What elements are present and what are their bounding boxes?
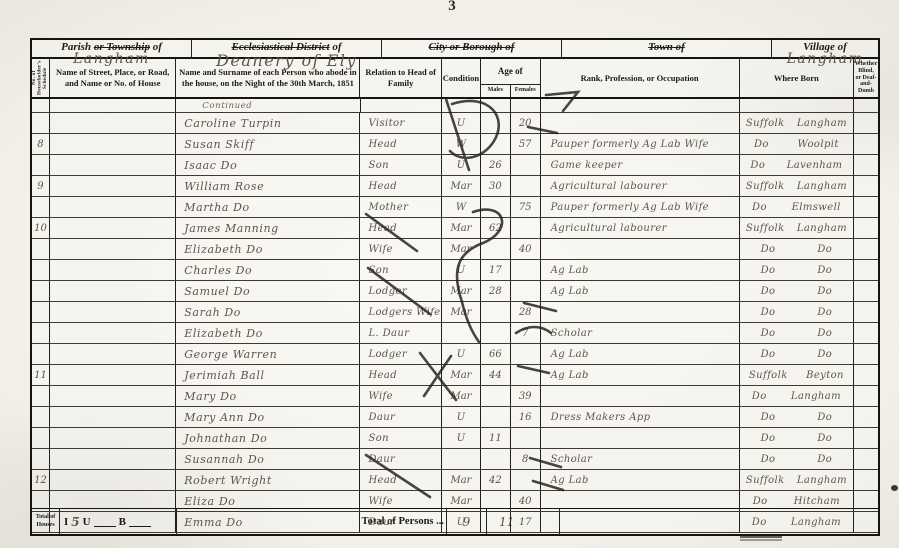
cell-name: Johnathan Do	[176, 428, 360, 448]
born-county: Do	[754, 139, 769, 150]
cell-condition: Mar	[442, 239, 481, 259]
ink-blot	[891, 485, 898, 491]
born-county: Do	[761, 328, 776, 339]
cell-name: Jerimiah Ball	[176, 365, 360, 385]
cell-where-born: DoDo	[740, 449, 854, 469]
cell-schedule-number: 11	[32, 365, 50, 385]
born-county: Suffolk	[746, 118, 785, 129]
cell-infirmity	[854, 428, 878, 448]
cell-condition: Mar	[442, 281, 481, 301]
cell-name: Isaac Do	[176, 155, 360, 175]
cell-occupation	[541, 99, 740, 112]
born-place: Do	[817, 286, 832, 297]
cell-relation: Mother	[360, 197, 442, 217]
header-age-label: Age of	[481, 59, 540, 84]
census-rows: ContinuedCaroline TurpinVisitorU20Suffol…	[32, 99, 878, 508]
table-row: Mary Ann DoDaurU16Dress Makers AppDoDo	[32, 407, 878, 428]
table-row: Johnathan DoSonU11DoDo	[32, 428, 878, 449]
cell-infirmity	[854, 302, 878, 322]
cell-infirmity	[854, 134, 878, 154]
born-county: Do	[761, 265, 776, 276]
cell-name: James Manning	[176, 218, 360, 238]
cell-schedule-number	[32, 99, 50, 112]
cell-age-male	[481, 449, 511, 469]
cell-relation: Head	[360, 134, 442, 154]
cell-name: Caroline Turpin	[176, 113, 360, 133]
cell-occupation	[541, 428, 740, 448]
born-county: Do	[761, 349, 776, 360]
cell-name: George Warren	[176, 344, 360, 364]
cell-occupation: Agricultural labourer	[541, 176, 740, 196]
cell-infirmity	[854, 449, 878, 469]
title-village-value: Langham	[787, 51, 864, 67]
column-header-row: No. of Householder's Schedule Name of St…	[32, 59, 878, 99]
born-place: Do	[817, 349, 832, 360]
born-place: Beyton	[806, 370, 844, 381]
header-age-split: Males Females	[481, 84, 540, 97]
cell-schedule-number	[32, 281, 50, 301]
cell-age-male: 17	[481, 260, 511, 280]
cell-infirmity	[854, 113, 878, 133]
cell-name: Robert Wright	[176, 470, 360, 490]
born-county: Do	[761, 307, 776, 318]
total-houses-label: Total of Houses	[32, 509, 60, 534]
table-row: George WarrenLodgerU66Ag LabDoDo	[32, 344, 878, 365]
cell-relation: Lodger	[360, 344, 442, 364]
cell-schedule-number: 8	[32, 134, 50, 154]
cell-occupation	[541, 512, 740, 532]
title-town: Town of	[562, 40, 772, 57]
cell-occupation: Scholar	[541, 449, 740, 469]
title-parish: Parish or Township of Langham	[32, 40, 192, 57]
cell-age-male	[481, 134, 511, 154]
cell-occupation	[541, 302, 740, 322]
born-place: Langham	[797, 181, 847, 192]
cell-age-male	[481, 512, 511, 532]
header-age-females: Females	[511, 85, 540, 97]
cell-street	[50, 491, 176, 511]
header-schedule-number-label: No. of Householder's Schedule	[32, 60, 49, 96]
cell-schedule-number	[32, 386, 50, 406]
cell-name: Martha Do	[176, 197, 360, 217]
table-row: Elizabeth DoWifeMar40DoDo	[32, 239, 878, 260]
cell-age-male	[481, 302, 511, 322]
cell-age-male	[481, 491, 511, 511]
cell-age-female	[511, 99, 541, 112]
cell-street	[50, 470, 176, 490]
cell-schedule-number	[32, 323, 50, 343]
cell-age-male: 62	[481, 218, 511, 238]
cell-age-male	[481, 323, 511, 343]
cell-condition: U	[442, 260, 481, 280]
title-city: City or Borough of	[382, 40, 562, 57]
cell-age-female	[511, 470, 541, 490]
born-place: Do	[817, 328, 832, 339]
cell-relation	[361, 99, 443, 112]
header-condition: Condition	[442, 59, 481, 97]
cell-relation: Wife	[360, 239, 442, 259]
born-county: Do	[761, 244, 776, 255]
cell-condition: U	[442, 113, 481, 133]
table-row: Elizabeth DoL. Daur7ScholarDoDo	[32, 323, 878, 344]
cell-relation: Daur	[360, 449, 442, 469]
born-place: Do	[817, 265, 832, 276]
cell-age-female: 39	[511, 386, 541, 406]
cell-infirmity	[854, 407, 878, 427]
cell-schedule-number	[32, 155, 50, 175]
cell-infirmity	[854, 365, 878, 385]
cell-condition: W	[442, 197, 481, 217]
cell-relation: Head	[360, 176, 442, 196]
cell-street	[50, 281, 176, 301]
page-number: 3	[442, 0, 462, 15]
cell-name: William Rose	[176, 176, 360, 196]
cell-age-female: 7	[511, 323, 541, 343]
total-houses-values: I 5 U B	[60, 509, 177, 534]
header-age-group: Age of Males Females	[481, 59, 541, 97]
cell-where-born: DoLavenham	[740, 155, 854, 175]
table-row: Isaac DoSonU26Game keeperDoLavenham	[32, 155, 878, 176]
cell-infirmity	[854, 197, 878, 217]
born-place: Do	[817, 412, 832, 423]
cell-age-male	[481, 113, 511, 133]
born-place: Do	[817, 307, 832, 318]
cell-name: Susannah Do	[176, 449, 360, 469]
title-parish-value: Langham	[73, 51, 150, 67]
cell-where-born: DoDo	[740, 239, 854, 259]
header-occupation: Rank, Profession, or Occupation	[541, 59, 740, 97]
cell-occupation: Pauper formerly Ag Lab Wife	[541, 197, 740, 217]
cell-age-female: 28	[511, 302, 541, 322]
cell-name: Mary Ann Do	[176, 407, 360, 427]
table-row: Martha DoMotherW75Pauper formerly Ag Lab…	[32, 197, 878, 218]
cell-schedule-number	[32, 239, 50, 259]
cell-infirmity	[854, 323, 878, 343]
title-city-label: City or Borough of	[429, 41, 515, 53]
born-county: Suffolk	[746, 475, 785, 486]
title-town-struck: Town of	[648, 41, 685, 53]
cell-name: Continued	[176, 99, 360, 112]
cell-infirmity	[854, 176, 878, 196]
cell-age-female: 57	[511, 134, 541, 154]
born-county: Suffolk	[746, 223, 785, 234]
born-county: Suffolk	[746, 181, 785, 192]
cell-where-born: SuffolkBeyton	[740, 365, 854, 385]
cell-street	[50, 407, 176, 427]
cell-age-female	[511, 344, 541, 364]
cell-age-male	[481, 386, 511, 406]
cell-occupation: Ag Lab	[541, 281, 740, 301]
cell-where-born: DoDo	[740, 323, 854, 343]
cell-infirmity	[854, 239, 878, 259]
born-county: Do	[761, 412, 776, 423]
cell-where-born: DoLangham	[740, 512, 854, 532]
cell-age-male	[481, 407, 511, 427]
cell-where-born: DoDo	[740, 407, 854, 427]
born-place: Langham	[797, 118, 847, 129]
title-village: Village of Langham	[772, 40, 878, 57]
born-county: Do	[761, 433, 776, 444]
header-relation: Relation to Head of Family	[360, 59, 442, 97]
cell-relation: L. Daur	[360, 323, 442, 343]
cell-relation: Son	[360, 260, 442, 280]
cell-age-female	[511, 365, 541, 385]
born-place: Elmswell	[792, 202, 841, 213]
cell-occupation: Dress Makers App	[541, 407, 740, 427]
born-place: Do	[817, 244, 832, 255]
born-county: Do	[753, 496, 768, 507]
cell-age-male	[481, 197, 511, 217]
cell-occupation: Ag Lab	[541, 470, 740, 490]
cell-infirmity	[854, 281, 878, 301]
cell-age-female	[511, 281, 541, 301]
cell-age-female	[511, 218, 541, 238]
cell-infirmity	[854, 218, 878, 238]
cell-age-female: 40	[511, 239, 541, 259]
cell-street	[50, 260, 176, 280]
cell-condition: U	[442, 512, 481, 532]
cell-occupation	[541, 491, 740, 511]
cell-street	[50, 176, 176, 196]
cell-age-female: 17	[511, 512, 541, 532]
cell-where-born: DoDo	[740, 428, 854, 448]
inhabited-label: I	[64, 516, 68, 528]
cell-schedule-number	[32, 344, 50, 364]
cell-schedule-number	[32, 302, 50, 322]
cell-condition: Mar	[442, 386, 481, 406]
cell-age-male	[481, 239, 511, 259]
cell-name: Emma Do	[176, 512, 360, 532]
header-schedule-number: No. of Householder's Schedule	[32, 59, 50, 97]
cell-age-male: 28	[481, 281, 511, 301]
table-row: Caroline TurpinVisitorU20SuffolkLangham	[32, 113, 878, 134]
cell-where-born: SuffolkLangham	[740, 176, 854, 196]
cell-age-male	[481, 99, 511, 112]
cell-street	[50, 323, 176, 343]
cell-schedule-number	[32, 428, 50, 448]
cell-age-male: 11	[481, 428, 511, 448]
cell-occupation: Scholar	[541, 323, 740, 343]
title-parish-post: of	[153, 41, 162, 53]
cell-age-male: 26	[481, 155, 511, 175]
table-row: Susannah DoDaur8ScholarDoDo	[32, 449, 878, 470]
cell-where-born: SuffolkLangham	[740, 470, 854, 490]
table-row: 8Susan SkiffHeadW57Pauper formerly Ag La…	[32, 134, 878, 155]
born-county: Do	[761, 454, 776, 465]
cell-where-born: DoDo	[740, 281, 854, 301]
cell-occupation	[541, 386, 740, 406]
uninhabited-blank	[94, 516, 116, 527]
census-form: Parish or Township of Langham Ecclesiast…	[30, 38, 880, 536]
cell-schedule-number	[32, 407, 50, 427]
cell-schedule-number	[32, 113, 50, 133]
cell-condition	[442, 449, 481, 469]
cell-street	[50, 134, 176, 154]
table-row: Continued	[32, 99, 878, 113]
cell-age-male: 30	[481, 176, 511, 196]
cell-infirmity	[854, 260, 878, 280]
born-county: Suffolk	[749, 370, 788, 381]
table-row: 10James ManningHeadMar62Agricultural lab…	[32, 218, 878, 239]
building-blank	[129, 516, 151, 527]
cell-name: Charles Do	[176, 260, 360, 280]
table-row: 11Jerimiah BallHeadMar44Ag LabSuffolkBey…	[32, 365, 878, 386]
born-place: Lavenham	[787, 160, 843, 171]
cell-age-female: 16	[511, 407, 541, 427]
cell-relation: Wife	[360, 491, 442, 511]
header-age-males: Males	[481, 85, 511, 97]
table-row: Mary DoWifeMar39DoLangham	[32, 386, 878, 407]
cell-where-born: DoDo	[740, 344, 854, 364]
cell-schedule-number	[32, 197, 50, 217]
born-place: Langham	[797, 223, 847, 234]
born-county: Do	[750, 160, 765, 171]
cell-condition: U	[442, 344, 481, 364]
cell-relation: Son	[360, 428, 442, 448]
cell-condition: W	[442, 134, 481, 154]
born-county: Do	[761, 286, 776, 297]
cell-relation: Visitor	[360, 113, 442, 133]
scan-mark	[740, 536, 782, 538]
cell-schedule-number: 9	[32, 176, 50, 196]
cell-schedule-number	[32, 449, 50, 469]
cell-name: Eliza Do	[176, 491, 360, 511]
cell-infirmity	[854, 470, 878, 490]
cell-age-female	[511, 176, 541, 196]
cell-condition: Mar	[442, 491, 481, 511]
born-place: Langham	[791, 391, 841, 402]
cell-age-female	[511, 155, 541, 175]
born-place: Hitcham	[794, 496, 840, 507]
cell-relation: Lodger	[360, 281, 442, 301]
cell-name: Mary Do	[176, 386, 360, 406]
cell-name: Samuel Do	[176, 281, 360, 301]
cell-age-female: 40	[511, 491, 541, 511]
table-row: 9William RoseHeadMar30Agricultural labou…	[32, 176, 878, 197]
census-page-scan: 3 Parish or Township of Langham Ecclesia…	[0, 0, 899, 548]
born-place: Woolpit	[798, 139, 839, 150]
cell-relation: Wife	[360, 386, 442, 406]
cell-where-born: DoDo	[740, 302, 854, 322]
cell-occupation	[541, 113, 740, 133]
cell-street	[50, 239, 176, 259]
cell-street	[50, 449, 176, 469]
cell-age-female: 75	[511, 197, 541, 217]
title-ecclesiastical-value: Deanery of Ely	[216, 51, 357, 70]
cell-street	[50, 365, 176, 385]
cell-where-born: DoDo	[740, 260, 854, 280]
cell-age-male: 42	[481, 470, 511, 490]
cell-street	[50, 302, 176, 322]
born-place: Do	[817, 454, 832, 465]
born-county: Do	[752, 391, 767, 402]
cell-schedule-number: 12	[32, 470, 50, 490]
cell-age-male: 44	[481, 365, 511, 385]
cell-occupation	[541, 239, 740, 259]
cell-condition: Mar	[442, 470, 481, 490]
cell-schedule-number	[32, 491, 50, 511]
cell-infirmity	[854, 99, 878, 112]
cell-occupation: Ag Lab	[541, 365, 740, 385]
cell-age-male: 66	[481, 344, 511, 364]
table-row: Sarah DoLodgers WifeMar28DoDo	[32, 302, 878, 323]
cell-relation: Son	[360, 155, 442, 175]
cell-occupation: Game keeper	[541, 155, 740, 175]
born-place: Langham	[797, 475, 847, 486]
cell-condition	[442, 99, 481, 112]
table-row: 12Robert WrightHeadMar42Ag LabSuffolkLan…	[32, 470, 878, 491]
cell-relation: Daur	[360, 512, 442, 532]
cell-name: Susan Skiff	[176, 134, 360, 154]
born-county: Do	[752, 202, 767, 213]
cell-relation: Head	[360, 365, 442, 385]
table-row: Charles DoSonU17Ag LabDoDo	[32, 260, 878, 281]
born-county: Do	[752, 517, 767, 528]
cell-schedule-number: 10	[32, 218, 50, 238]
cell-condition: Mar	[442, 302, 481, 322]
cell-age-female	[511, 428, 541, 448]
cell-infirmity	[854, 512, 878, 532]
table-row: Samuel DoLodgerMar28Ag LabDoDo	[32, 281, 878, 302]
cell-condition	[442, 323, 481, 343]
cell-condition: U	[442, 428, 481, 448]
title-town-label: Town of	[648, 41, 685, 53]
cell-street	[50, 99, 176, 112]
cell-where-born: DoHitcham	[740, 491, 854, 511]
cell-infirmity	[854, 491, 878, 511]
cell-street	[50, 113, 176, 133]
cell-age-female	[511, 260, 541, 280]
cell-where-born: DoWoolpit	[740, 134, 854, 154]
cell-where-born: DoLangham	[740, 386, 854, 406]
cell-condition: Mar	[442, 218, 481, 238]
cell-infirmity	[854, 155, 878, 175]
cell-relation: Daur	[360, 407, 442, 427]
cell-occupation: Ag Lab	[541, 260, 740, 280]
cell-name: Sarah Do	[176, 302, 360, 322]
cell-name: Elizabeth Do	[176, 323, 360, 343]
cell-name: Elizabeth Do	[176, 239, 360, 259]
cell-relation: Lodgers Wife	[360, 302, 442, 322]
cell-relation: Head	[360, 470, 442, 490]
cell-street	[50, 428, 176, 448]
uninhabited-label: U	[83, 516, 91, 528]
building-label: B	[119, 516, 126, 528]
title-ecclesiastical: Ecclesiastical District of Deanery of El…	[192, 40, 382, 57]
title-city-struck: City or Borough of	[429, 41, 515, 53]
cell-relation: Head	[360, 218, 442, 238]
cell-condition: Mar	[442, 176, 481, 196]
born-place: Do	[817, 433, 832, 444]
cell-infirmity	[854, 344, 878, 364]
cell-condition: Mar	[442, 365, 481, 385]
cell-where-born: SuffolkLangham	[740, 218, 854, 238]
cell-street	[50, 155, 176, 175]
cell-age-female: 20	[511, 113, 541, 133]
cell-condition: U	[442, 407, 481, 427]
cell-street	[50, 197, 176, 217]
cell-age-female: 8	[511, 449, 541, 469]
cell-occupation: Ag Lab	[541, 344, 740, 364]
cell-occupation: Pauper formerly Ag Lab Wife	[541, 134, 740, 154]
cell-condition: U	[442, 155, 481, 175]
cell-infirmity	[854, 386, 878, 406]
cell-where-born: DoElmswell	[740, 197, 854, 217]
cell-street	[50, 386, 176, 406]
cell-street	[50, 218, 176, 238]
born-place: Langham	[791, 517, 841, 528]
cell-where-born	[740, 99, 854, 112]
